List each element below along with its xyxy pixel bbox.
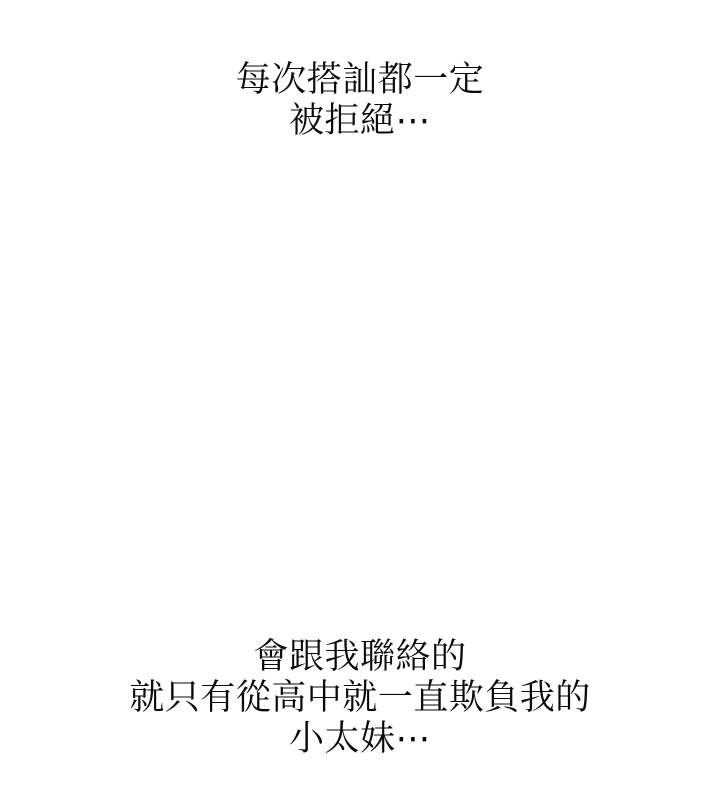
narration-line: 就只有從高中就一直欺負我的: [0, 678, 720, 719]
comic-page: 每次搭訕都一定 被拒絕⋯ 會跟我聯絡的 就只有從高中就一直欺負我的 小太妹⋯: [0, 0, 720, 800]
narration-line: 會跟我聯絡的: [0, 637, 720, 678]
narration-caption-bottom: 會跟我聯絡的 就只有從高中就一直欺負我的 小太妹⋯: [0, 637, 720, 760]
narration-caption-top: 每次搭訕都一定 被拒絕⋯: [0, 60, 720, 142]
narration-line: 每次搭訕都一定: [0, 60, 720, 101]
narration-line: 小太妹⋯: [0, 719, 720, 760]
narration-line: 被拒絕⋯: [0, 101, 720, 142]
